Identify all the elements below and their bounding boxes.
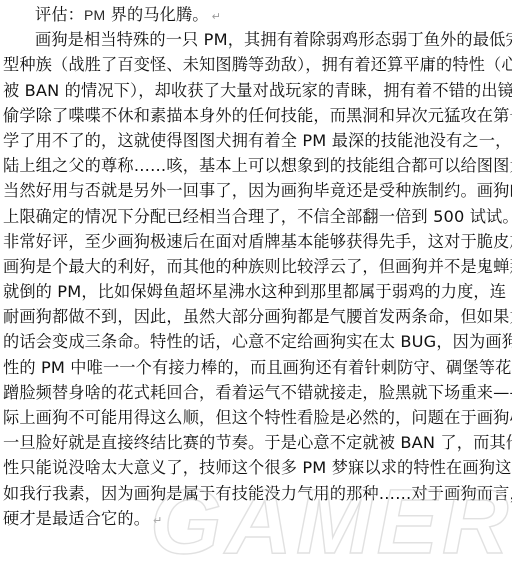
paragraph-mark-icon: ↵ xyxy=(212,10,221,23)
paragraph-line: 蹭脸频替身啥的花式耗回合，看着运气不错就接走，脸黑就下场重来——当然实 xyxy=(3,380,509,405)
title-suffix: 界的马化腾。 xyxy=(105,5,208,24)
paragraph-line: 就倒的 PM，比如保姆鱼超坏星沸水这种到那里都属于弱鸡的力度，连 2HKO 无 xyxy=(3,279,509,304)
paragraph-line: 学了用不了的，这就使得图图犬拥有着全 PM 最深的技能池没有之一，并获得了 xyxy=(3,128,509,153)
paragraph-line: 陆上组之父的尊称……咳，基本上可以想象到的技能组合都可以给图图犬带上， xyxy=(3,153,509,178)
paragraph-line: 画狗是个最大的利好，而其他的种族则比较浮云了，但画狗并不是鬼蝉那种一击 xyxy=(3,254,509,279)
title-prefix: 评估： xyxy=(35,5,84,24)
paragraph-line: 的话会变成三条命。特性的话，心意不定给画狗实在太 BUG，因为画狗是这个特 xyxy=(3,329,509,354)
paragraph-line: 耐画狗都做不到，因此，虽然大部分画狗都是气腰首发两条命，但如果太过轻视 xyxy=(3,304,509,329)
paragraph-line: 当然好用与否就是另外一回事了，因为画狗毕竟还是受种族制约。画狗的种族在 xyxy=(3,178,509,203)
document-body: 评估：PM 界的马化腾。↵ 画狗是相当特殊的一只 PM，其拥有着除弱鸡形态弱丁鱼… xyxy=(3,2,509,531)
paragraph-line: 偷学除了喋喋不休和素描本身外的任何技能，而黑洞和异次元猛攻在第七代后是 xyxy=(3,103,509,128)
paragraph-line: 如我行我素，因为画狗是属于有技能没力气用的那种……对于画狗而言，或许坚 xyxy=(3,481,509,506)
paragraph-last-line: 硬才是最适合它的。↵ xyxy=(3,506,509,531)
paragraph-mark-icon: ↵ xyxy=(153,514,162,527)
last-line-text: 硬才是最适合它的。 xyxy=(3,509,150,528)
title-line: 评估：PM 界的马化腾。↵ xyxy=(3,2,509,27)
paragraph-line: 性的 PM 中唯一一个有接力棒的，而且画狗还有着针刺防守、碉堡等花式保护， xyxy=(3,355,509,380)
paragraph-line: 性只能说没啥太大意义了，技师这个很多 PM 梦寐以求的特性在画狗这其实还不 xyxy=(3,455,509,480)
paragraph-line: 际上画狗不可能用得这么顺，但这个特性看脸是必然的，问题在于画狗心意不定 xyxy=(3,405,509,430)
paragraph-line: 上限确定的情况下分配已经相当合理了，不信全部翻一倍到 500 试试。速度 75 xyxy=(3,204,509,229)
paragraph-line: 一旦脸好就是直接终结比赛的节奏。于是心意不定就被 BAN 了，而其他两个特 xyxy=(3,430,509,455)
paragraph-line: 型种族（战胜了百变怪、未知图腾等劲敌），拥有着还算平庸的特性（心意不定 xyxy=(3,52,509,77)
paragraph-line: 画狗是相当特殊的一只 PM，其拥有着除弱鸡形态弱丁鱼外的最低完全进化 xyxy=(3,27,509,52)
paragraph-line: 非常好评，至少画狗极速后在面对盾牌基本能够获得先手，这对于脆皮加低攻的 xyxy=(3,229,509,254)
paragraph-line: 被 BAN 的情况下），却收获了大量对战玩家的青睐，拥有着不错的出镜率和话题 xyxy=(3,78,509,103)
title-latin: PM xyxy=(84,7,105,23)
